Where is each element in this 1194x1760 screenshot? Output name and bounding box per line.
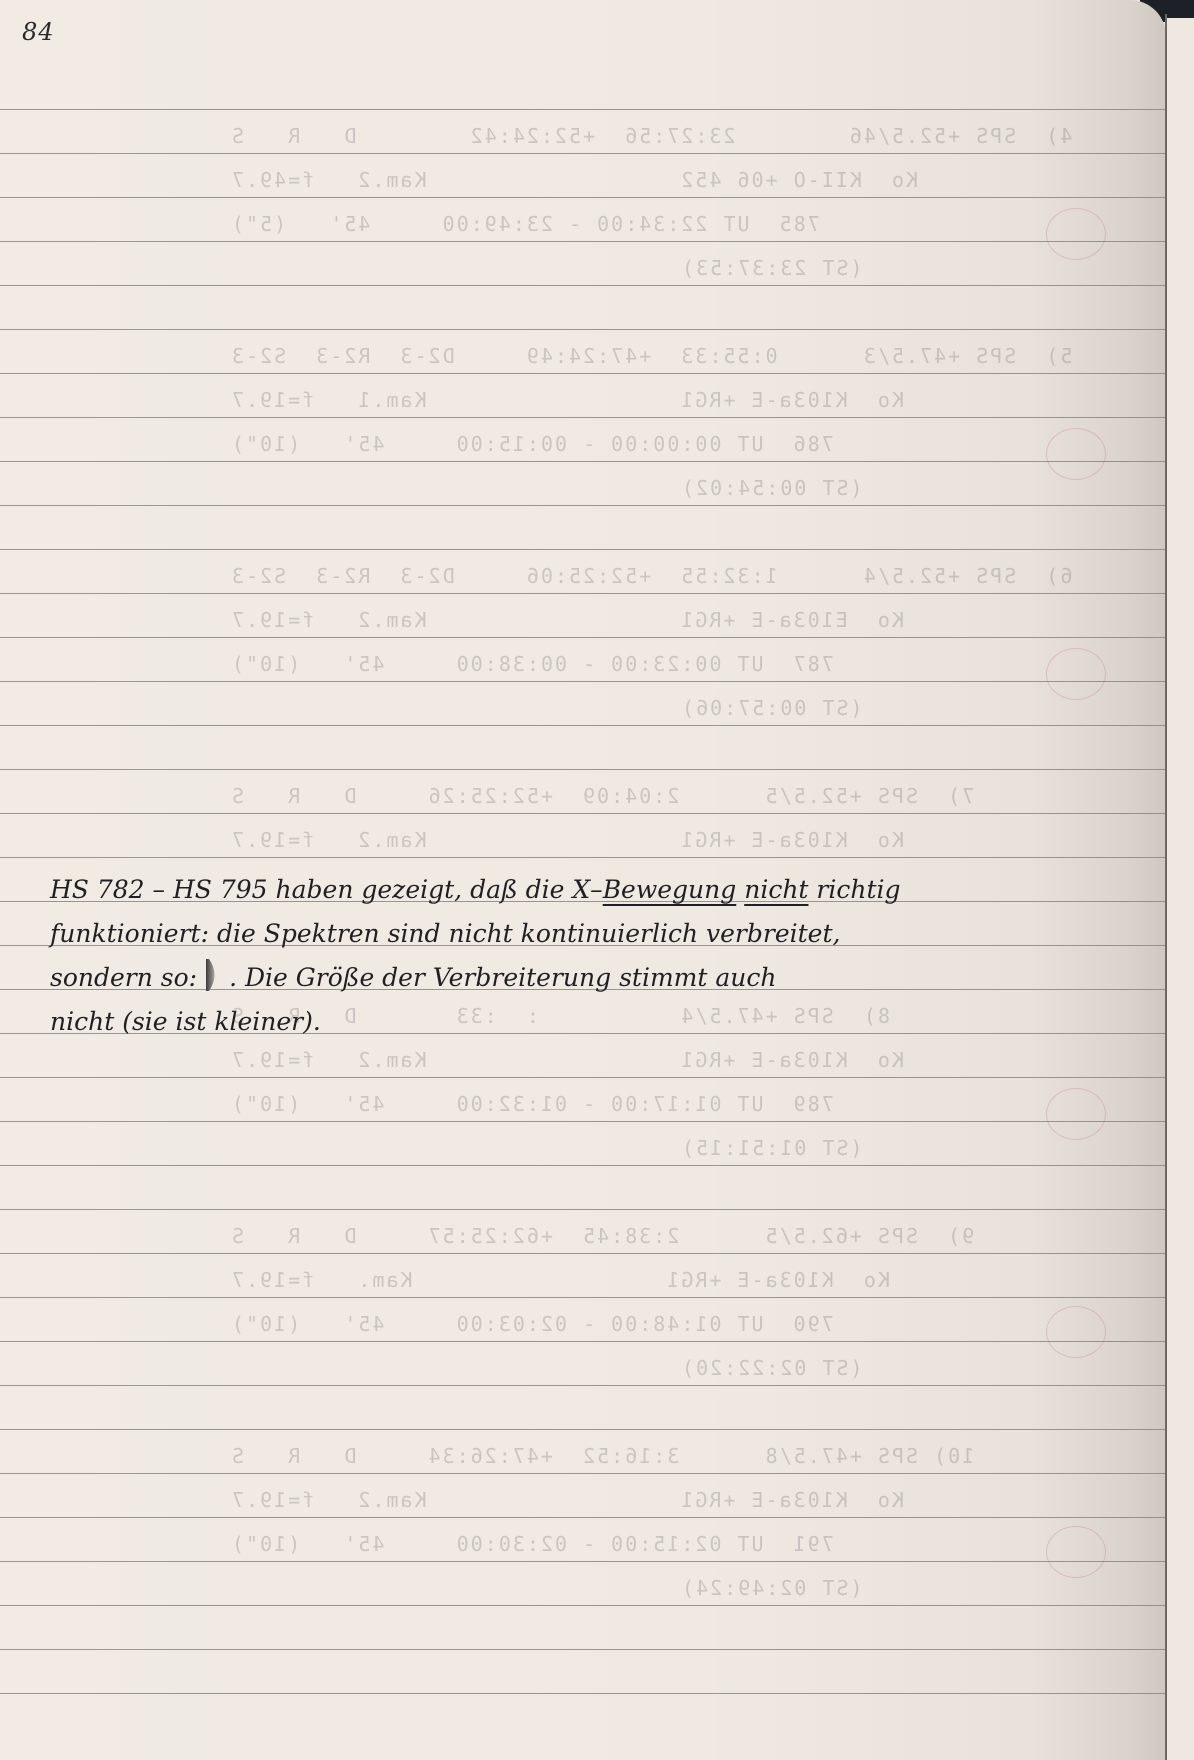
bleed-through-text: Ko KII-O +06 452 Kam.2 f=49.7 xyxy=(230,168,918,192)
bleed-through-text: Ko K103a-E +RG1 Kam.1 f=19.7 xyxy=(230,388,904,412)
bleed-through-text: Ko K103a-E +RG1 Kam.2 f=19.7 xyxy=(230,828,904,852)
bleed-through-circle xyxy=(1046,1306,1106,1358)
underlined-word: Bewegung xyxy=(603,875,737,904)
bleed-through-text: (ST 00:57:06) xyxy=(680,696,863,720)
bleed-through-text: (ST 02:22:20) xyxy=(680,1356,863,1380)
underlined-word: nicht xyxy=(744,875,808,904)
ruled-line xyxy=(0,1693,1166,1694)
bleed-through-text: Ko E103a-E +RG1 Kam.2 f=19.7 xyxy=(230,608,904,632)
spectrum-sketch-icon xyxy=(205,958,221,992)
ruled-line xyxy=(0,1165,1166,1166)
bleed-through-circle xyxy=(1046,1526,1106,1578)
ruled-line xyxy=(0,109,1166,110)
ruled-line xyxy=(0,461,1166,462)
bleed-through-circle xyxy=(1046,1088,1106,1140)
note-line: funktioniert: die Spektren sind nicht ko… xyxy=(50,912,1110,956)
ruled-line xyxy=(0,1561,1166,1562)
bleed-through-circle xyxy=(1046,648,1106,700)
ruled-line xyxy=(0,1473,1166,1474)
ruled-line xyxy=(0,197,1166,198)
ruled-line xyxy=(0,1297,1166,1298)
bleed-through-text: 785 UT 22:34:00 - 23:49:00 45' (5") xyxy=(230,212,820,236)
note-text: . Die Größe der Verbreiterung stimmt auc… xyxy=(229,963,776,992)
ruled-line xyxy=(0,329,1166,330)
bleed-through-text: 789 UT 01:17:00 - 01:32:00 45' (10") xyxy=(230,1092,834,1116)
bleed-through-circle xyxy=(1046,428,1106,480)
bleed-through-text: 9) SPS +62.5/5 2:38:45 +62:25:57 D R S xyxy=(230,1224,974,1248)
ruled-line xyxy=(0,153,1166,154)
bleed-through-text: 10) SPS +47.5/8 3:16:52 +47:26:34 D R S xyxy=(230,1444,974,1468)
ruled-line xyxy=(0,1341,1166,1342)
bleed-through-text: 6) SPS +52.5/4 1:32:55 +52:25:06 D2-3 R2… xyxy=(230,564,1072,588)
bleed-through-text: (ST 23:37:53) xyxy=(680,256,863,280)
bleed-through-text: Ko K103a-E +RG1 Kam.2 f=19.7 xyxy=(230,1048,904,1072)
bleed-through-text: 787 UT 00:23:00 - 00:38:00 45' (10") xyxy=(230,652,834,676)
bleed-through-text: (ST 00:54:02) xyxy=(680,476,863,500)
ruled-line xyxy=(0,813,1166,814)
ruled-line xyxy=(0,769,1166,770)
note-text: nicht (sie ist kleiner). xyxy=(50,1007,321,1036)
bleed-through-text: 790 UT 01:48:00 - 02:03:00 45' (10") xyxy=(230,1312,834,1336)
ruled-line xyxy=(0,549,1166,550)
adjacent-page-edge xyxy=(1167,18,1194,1760)
bleed-through-text: 791 UT 02:15:00 - 02:30:00 45' (10") xyxy=(230,1532,834,1556)
ruled-line xyxy=(0,1517,1166,1518)
ruled-line xyxy=(0,1649,1166,1650)
note-line: nicht (sie ist kleiner). xyxy=(50,1000,1110,1044)
bleed-through-text: (ST 01:51:15) xyxy=(680,1136,863,1160)
page-number: 84 xyxy=(22,18,55,46)
handwritten-note: HS 782 – HS 795 haben gezeigt, daß die X… xyxy=(50,868,1110,1044)
ruled-line xyxy=(0,1429,1166,1430)
bleed-through-text: (ST 02:49:24) xyxy=(680,1576,863,1600)
ruled-line xyxy=(0,505,1166,506)
bleed-through-text: 5) SPS +47.5/3 0:55:33 +47:24:49 D2-3 R2… xyxy=(230,344,1072,368)
ruled-line xyxy=(0,593,1166,594)
page-gutter-edge xyxy=(1165,14,1167,1760)
ruled-line xyxy=(0,857,1166,858)
ruled-line xyxy=(0,1077,1166,1078)
ruled-line xyxy=(0,1605,1166,1606)
note-text: sondern so: xyxy=(50,963,197,992)
ruled-line xyxy=(0,1253,1166,1254)
note-text: funktioniert: die Spektren sind nicht ko… xyxy=(50,919,840,948)
ruled-line xyxy=(0,725,1166,726)
bleed-through-text: Ko K103a-E +RG1 Kam. f=19.7 xyxy=(230,1268,890,1292)
ruled-line xyxy=(0,681,1166,682)
ruled-line xyxy=(0,1209,1166,1210)
bleed-through-text: 7) SPS +52.5/5 2:04:09 +52:25:26 D R S xyxy=(230,784,974,808)
ruled-line xyxy=(0,1385,1166,1386)
note-line: sondern so:. Die Größe der Verbreiterung… xyxy=(50,956,1110,1000)
bleed-through-text: 4) SPS +52.5/46 23:27:56 +52:24:42 D R S xyxy=(230,124,1072,148)
ruled-line xyxy=(0,285,1166,286)
note-line: HS 782 – HS 795 haben gezeigt, daß die X… xyxy=(50,868,1110,912)
notebook-page: 84 4) SPS +52.5/46 23:27:56 +52:24:42 D … xyxy=(0,0,1166,1760)
ruled-line xyxy=(0,1121,1166,1122)
note-text: HS 782 – HS 795 haben gezeigt, daß die X… xyxy=(50,875,603,904)
bleed-through-text: 786 UT 00:00:00 - 00:15:00 45' (10") xyxy=(230,432,834,456)
ruled-line xyxy=(0,637,1166,638)
bleed-through-circle xyxy=(1046,208,1106,260)
bleed-through-text: Ko K103a-E +RG1 Kam.2 f=19.7 xyxy=(230,1488,904,1512)
ruled-line xyxy=(0,373,1166,374)
ruled-line xyxy=(0,241,1166,242)
note-text: richtig xyxy=(808,875,900,904)
ruled-line xyxy=(0,417,1166,418)
